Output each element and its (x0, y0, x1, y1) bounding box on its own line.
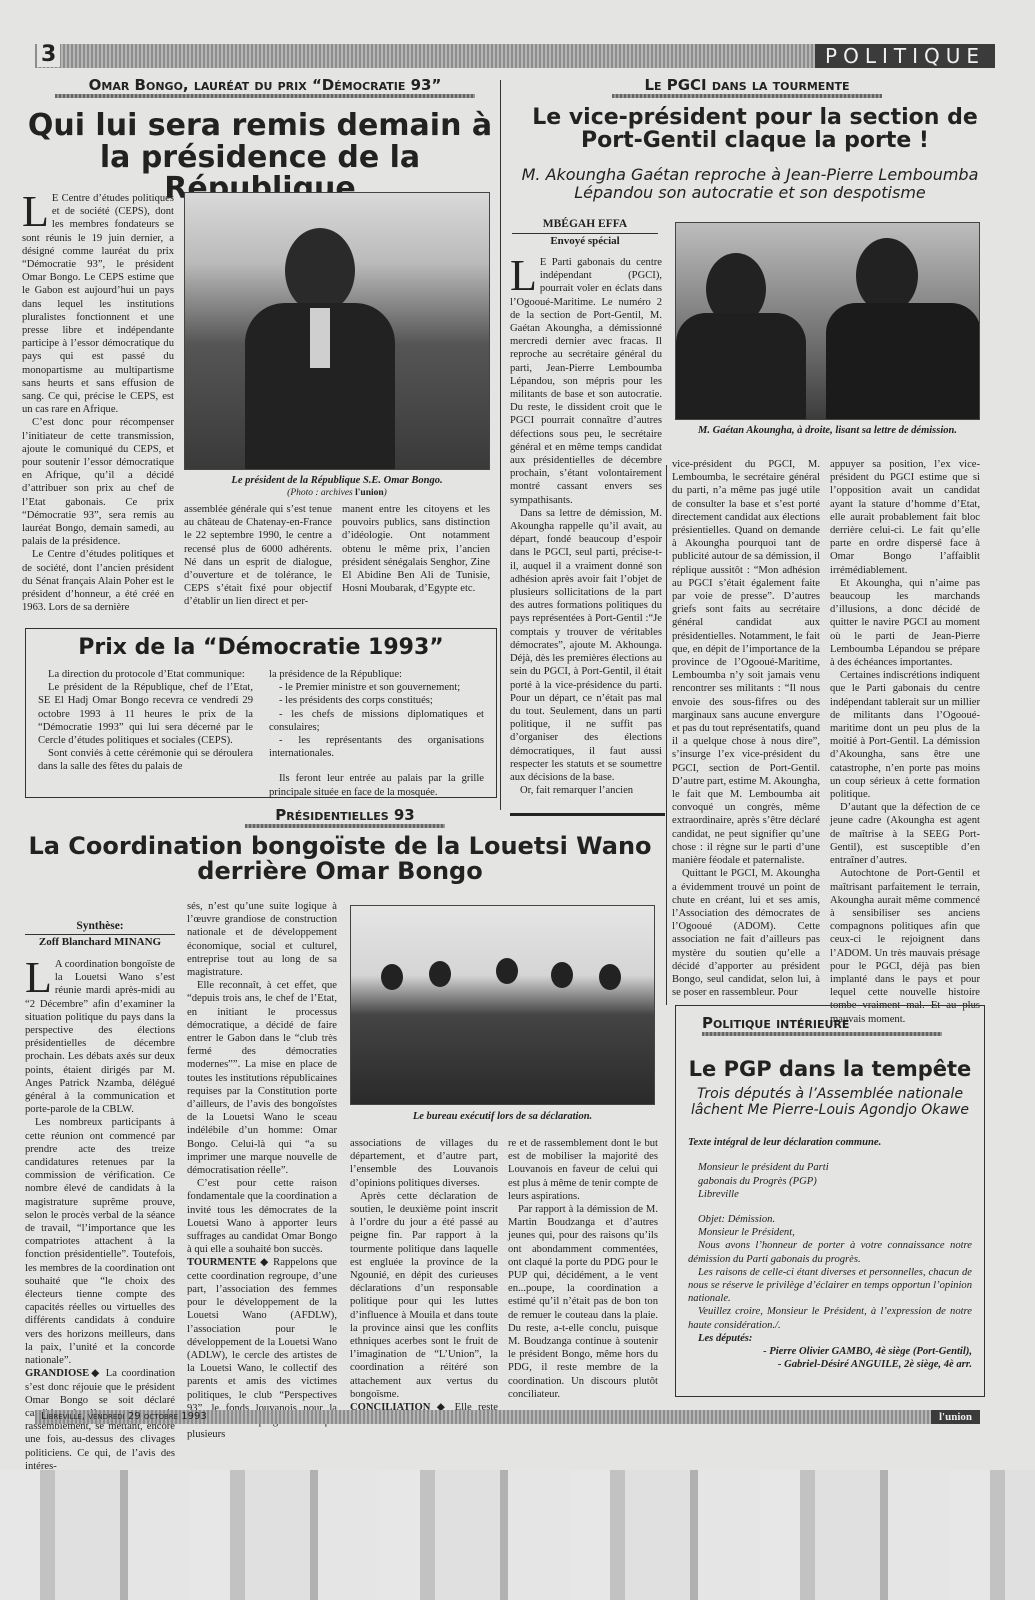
article3-column2: sés, n’est qu’une suite logique à l’œuvr… (187, 900, 337, 1441)
article1-column3: manent entre les citoyens et les pouvoir… (342, 503, 490, 595)
paragraph: D’autant que la défection de ce jeune ca… (830, 801, 980, 867)
kicker-underline (702, 1032, 942, 1036)
article1-column1: LE Centre d’études politiques et de soci… (22, 192, 174, 615)
address-line: Libreville (688, 1188, 972, 1201)
lead-tourmente: TOURMENTE ◆ (187, 1257, 269, 1268)
article4-headline: Le PGP dans la tempête (688, 1058, 972, 1080)
paragraph: Le président de la République, chef de l… (38, 681, 253, 747)
article2-column3: appuyer sa position, l’ex vice-président… (830, 458, 980, 1026)
article3-column1: LA coordination bongoïste de la Louetsi … (25, 958, 175, 1473)
article2-kicker: Le PGCI dans la tourmente (612, 76, 882, 94)
paragraph: La direction du protocole d’Etat communi… (38, 668, 253, 681)
prize-box-right: la présidence de la République: - le Pre… (269, 668, 484, 799)
article1-headline: Qui lui sera remis demain à la présidenc… (25, 110, 495, 205)
article1-kicker-block: Omar Bongo, lauréat du prix “Démocratie … (55, 76, 475, 98)
paragraph: vice-président du PGCI, M. Lemboumba, le… (672, 458, 820, 867)
article4-letter: Texte intégral de leur déclaration commu… (688, 1136, 972, 1371)
article3-kicker: Présidentielles 93 (245, 806, 445, 824)
kicker-underline (245, 824, 445, 828)
article1-photo-credit: (Photo : archives l'union) (184, 488, 490, 498)
section-title: POLITIQUE (815, 44, 995, 68)
footer-dateline: Libreville, vendredi 29 octobre 1993 (41, 1410, 207, 1424)
letter-salutation: Monsieur le Président, (688, 1226, 972, 1239)
byline-rule (512, 233, 658, 234)
prize-box-left: La direction du protocole d’Etat communi… (38, 668, 253, 799)
list-item: - les présidents des corps constitués; (269, 694, 484, 707)
paragraph: Les nombreux participants à cette réunio… (25, 1116, 175, 1367)
paragraph: Elle reconnaît, à cet effet, que “depuis… (187, 979, 337, 1177)
address-line: Monsieur le président du Parti (688, 1161, 972, 1174)
article4-kicker: Politique intérieure (702, 1014, 942, 1032)
paragraph: Dans sa lettre de démission, M. Akoungha… (510, 507, 662, 784)
column-divider (500, 80, 501, 810)
paragraph: Quittant le PGCI, M. Akoungha a évidemme… (672, 867, 820, 999)
signer: - Pierre Olivier GAMBO, 4è siège (Port-G… (688, 1345, 972, 1358)
article3-kicker-block: Présidentielles 93 (245, 806, 445, 828)
article2-subhead: M. Akoungha Gaétan reproche à Jean-Pierr… (510, 166, 990, 203)
article2-column1: LE Parti gabonais du centre indépendant … (510, 256, 662, 797)
paragraph: C’est pour cette raison fondamentale que… (187, 1177, 337, 1256)
section-header-bar: 3 POLITIQUE (35, 44, 995, 68)
article2-byline-role: Envoyé spécial (510, 235, 660, 247)
paragraph: manent entre les citoyens et les pouvoir… (342, 503, 490, 595)
paragraph: Autochtone de Port-Gentil et maîtrisant … (830, 867, 980, 1025)
paragraph: la présidence de la République: (269, 668, 484, 681)
article-end-rule (510, 813, 665, 816)
article1-kicker: Omar Bongo, lauréat du prix “Démocratie … (55, 76, 475, 94)
paragraph: re et de rassemblement dont le but est d… (508, 1137, 658, 1203)
paragraph: Le Centre d’études politiques et de soci… (22, 548, 174, 614)
letter-object: Objet: Démission. (688, 1213, 972, 1226)
paragraph: assemblée générale qui s’est tenue au ch… (184, 503, 332, 609)
paragraph: Nous avons l’honneur de porter à votre c… (688, 1239, 972, 1265)
article3-byline-name: Zoff Blanchard MINANG (25, 936, 175, 948)
dropcap: L (22, 194, 49, 230)
article2-headline: Le vice-président pour la section de Por… (515, 106, 995, 152)
article2-column2: vice-président du PGCI, M. Lemboumba, le… (672, 458, 820, 999)
article2-kicker-block: Le PGCI dans la tourmente (612, 76, 882, 98)
article3-photo-executive-bureau (350, 905, 655, 1105)
article3-headline: La Coordination bongoïste de la Louetsi … (20, 834, 660, 884)
article4-box: Politique intérieure Le PGP dans la temp… (675, 1005, 985, 1397)
paragraph: Et Akoungha, qui n’aime pas beaucoup les… (830, 577, 980, 669)
article3-photo-caption: Le bureau exécutif lors de sa déclaratio… (350, 1110, 655, 1123)
article4-kicker-block: Politique intérieure (702, 1014, 942, 1036)
article2-photo-akoungha (675, 222, 980, 420)
signer: - Gabriel-Désiré ANGUILE, 2è siège, 4è a… (688, 1358, 972, 1371)
paragraph: appuyer sa position, l’ex vice-président… (830, 458, 980, 577)
article2-byline-name: MBÉGAH EFFA (510, 218, 660, 230)
list-item: - le Premier ministre et son gouvernemen… (269, 681, 484, 694)
letter-intro: Texte intégral de leur déclaration commu… (688, 1136, 972, 1149)
column-divider (666, 465, 667, 1005)
paragraph: Après cette déclaration de soutien, le d… (350, 1190, 498, 1401)
paragraph: Or, fait remarquer l’ancien (510, 784, 662, 797)
article2-photo-caption: M. Gaétan Akoungha, à droite, lisant sa … (675, 424, 980, 437)
paragraph: Par rapport à la démission de M. Martin … (508, 1203, 658, 1401)
prize-announcement-box: Prix de la “Démocratie 1993” La directio… (25, 628, 497, 798)
paragraph: Sont conviés à cette cérémonie qui se dé… (38, 747, 253, 773)
byline-rule (25, 934, 175, 935)
address-line: gabonais du Progrès (PGP) (688, 1175, 972, 1188)
article1-column2: assemblée générale qui s’est tenue au ch… (184, 503, 332, 609)
article3-column4: re et de rassemblement dont le but est d… (508, 1137, 658, 1401)
dropcap: L (510, 258, 537, 294)
list-item: - les chefs de missions diplomatiques et… (269, 708, 484, 734)
article3-byline-label: Synthèse: (25, 920, 175, 932)
footer-brand-logo: l'union (931, 1410, 980, 1424)
paragraph: Les raisons de celle-ci étant diverses e… (688, 1266, 972, 1306)
page-number: 3 (37, 42, 60, 67)
dropcap: L (25, 960, 52, 996)
paragraph: C’est donc pour récompenser l’initiateur… (22, 416, 174, 548)
paragraph: Ils feront leur entrée au palais par la … (269, 772, 484, 798)
article1-photo-omar-bongo (184, 192, 490, 470)
paragraph: Certaines indiscrétions indiquent que le… (830, 669, 980, 801)
paragraph: associations de villages du département,… (350, 1137, 498, 1190)
scan-artifact (0, 1470, 1035, 1600)
kicker-underline (612, 94, 882, 98)
article3-column3: associations de villages du département,… (350, 1137, 498, 1427)
article4-subhead: Trois députés à l’Assemblée nationale lâ… (688, 1086, 972, 1118)
article1-photo-caption: Le président de la République S.E. Omar … (184, 474, 490, 487)
paragraph: Veuillez croire, Monsieur le Président, … (688, 1305, 972, 1331)
list-item: - les représentants des organisations in… (269, 734, 484, 760)
prize-box-title: Prix de la “Démocratie 1993” (38, 635, 484, 660)
footer-bar: Libreville, vendredi 29 octobre 1993 l'u… (35, 1410, 980, 1424)
paragraph: sés, n’est qu’une suite logique à l’œuvr… (187, 900, 337, 979)
signers-label: Les députés: (688, 1332, 972, 1345)
lead-grandiose: GRANDIOSE◆ (25, 1368, 101, 1379)
kicker-underline (55, 94, 475, 98)
